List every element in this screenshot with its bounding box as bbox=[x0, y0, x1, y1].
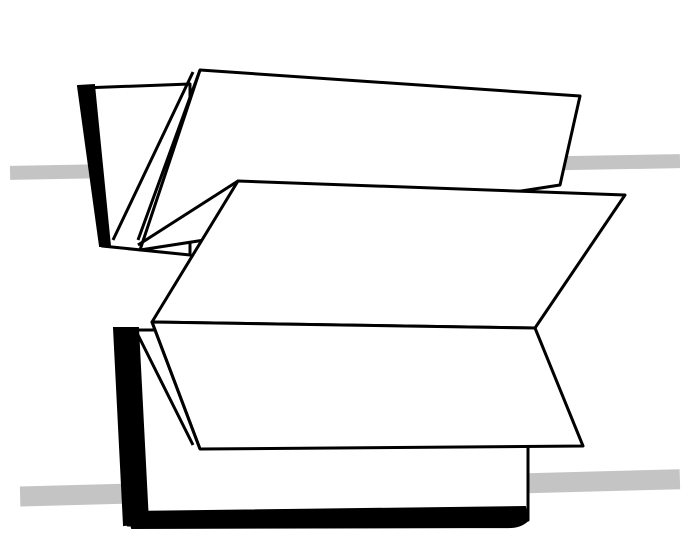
folded-sheet-diagram bbox=[0, 0, 690, 560]
middle-unit bbox=[152, 181, 625, 328]
middle-panel bbox=[152, 181, 625, 328]
lower-folded-panel bbox=[152, 322, 583, 449]
lower-unit bbox=[114, 322, 583, 528]
